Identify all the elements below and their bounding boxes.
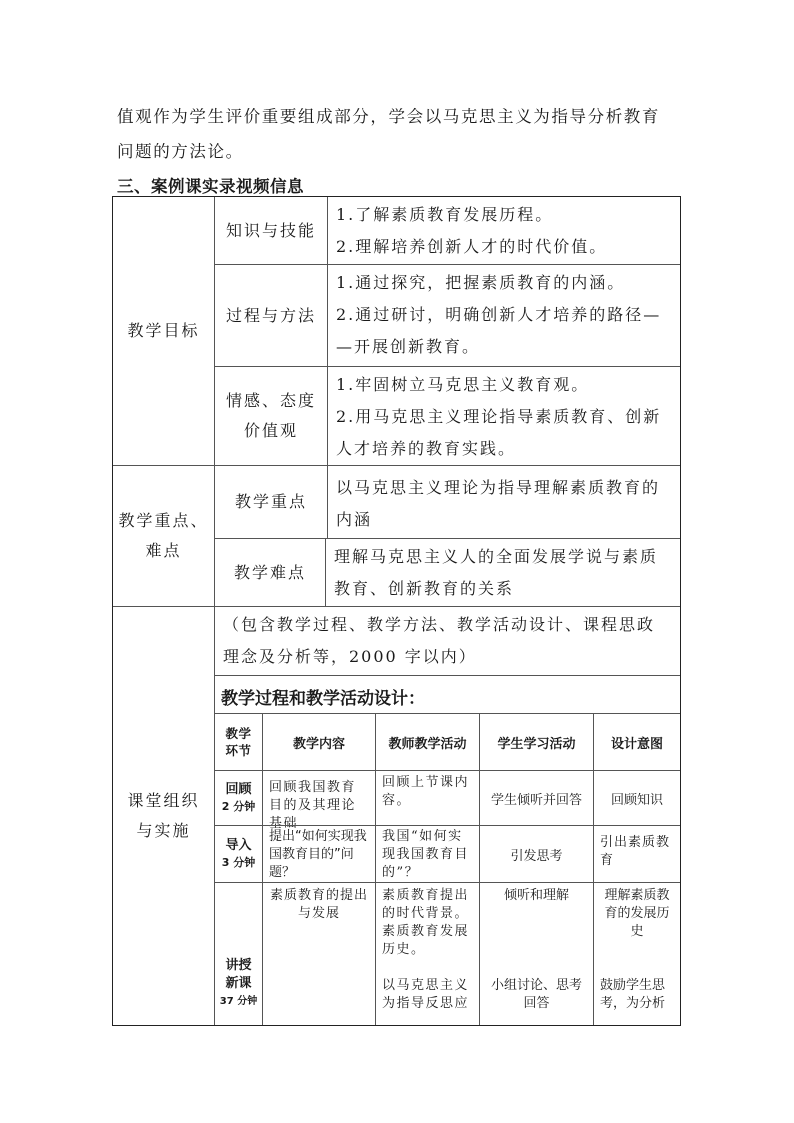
new-lesson-student: 倾听和理解 小组讨论、思考回答 (479, 882, 594, 1026)
col-stage: 教学环节 (214, 713, 263, 771)
col-teacher: 教师教学活动 (375, 713, 480, 771)
review-teacher: 回顾上节课内容。 (375, 770, 480, 826)
review-student: 学生倾听并回答 (479, 770, 594, 826)
implementation-label: 课堂组织 与实施 (112, 606, 215, 1026)
objective-process-content: 1.通过探究，把握素质教育的内涵。 2.通过研讨，明确创新人才培养的路径— —开… (327, 264, 681, 367)
objective-attitude-label: 情感、态度 价值观 (214, 366, 328, 466)
difficult-point-label: 教学难点 (214, 538, 326, 607)
col-content: 教学内容 (262, 713, 376, 771)
stage-review: 回顾 2 分钟 (214, 770, 263, 826)
key-point-content: 以马克思主义理论为指导理解素质教育的 内涵 (327, 465, 681, 539)
intro-student: 引发思考 (479, 825, 594, 883)
new-lesson-teacher: 素质教育提出的时代背景。素质教育发展历史。 以马克思主义为指导反思应 (375, 882, 480, 1026)
col-student: 学生学习活动 (479, 713, 594, 771)
objective-attitude-content: 1.牢固树立马克思主义教育观。 2.用马克思主义理论指导素质教育、创新 人才培养… (327, 366, 681, 466)
new-lesson-intent: 理解素质教育的发展历史 鼓励学生思考，为分析 (593, 882, 681, 1026)
new-lesson-content: 素质教育的提出与发展 (262, 882, 376, 1026)
objective-knowledge-label: 知识与技能 (214, 196, 328, 265)
stage-new-lesson: 讲授新课 37 分钟 (214, 882, 263, 1026)
implementation-note: （包含教学过程、教学方法、教学活动设计、课程思政 理念及分析等，2000 字以内… (214, 606, 681, 676)
objectives-label: 教学目标 (112, 196, 215, 466)
stage-intro: 导入 3 分钟 (214, 825, 263, 883)
intro-line-1: 值观作为学生评价重要组成部分，学会以马克思主义为指导分析教育 (117, 107, 660, 127)
key-points-label: 教学重点、 难点 (112, 465, 215, 607)
objective-knowledge-content: 1.了解素质教育发展历程。 2.理解培养创新人才的时代价值。 (327, 196, 681, 265)
design-title: 教学过程和教学活动设计： (214, 675, 681, 714)
intro-intent: 引出素质教育 (593, 825, 681, 883)
intro-content: 提出“如何实现我国教育目的”问题？ (262, 825, 376, 883)
review-intent: 回顾知识 (593, 770, 681, 826)
section-heading: 三、案例课实录视频信息 (117, 173, 304, 197)
objective-process-label: 过程与方法 (214, 264, 328, 367)
intro-line-2: 问题的方法论。 (117, 142, 244, 162)
review-content: 回顾我国教育目的及其理论基础 (262, 770, 376, 826)
key-point-label: 教学重点 (214, 465, 328, 539)
difficult-point-content: 理解马克思主义人的全面发展学说与素质 教育、创新教育的关系 (325, 538, 681, 607)
intro-teacher: 我国“如何实现我国教育目的”？ (375, 825, 480, 883)
col-intent: 设计意图 (593, 713, 681, 771)
